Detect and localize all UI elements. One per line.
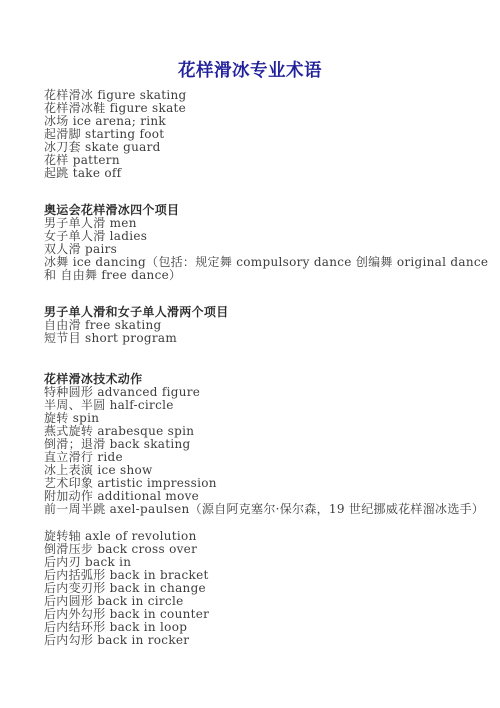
term-line: 后内勾形 back in rocker xyxy=(44,634,500,647)
term-line: 起跳 take off xyxy=(44,167,500,180)
page-title: 花样滑冰专业术语 xyxy=(0,57,500,82)
term-line: 前一周半跳 axel-paulsen（源自阿克塞尔·保尔森，19 世纪挪威花样溜… xyxy=(44,503,500,516)
terminology-section: 花样滑冰技术动作特种圆形 advanced figure半周、半圆 half-c… xyxy=(44,373,500,516)
term-line: 半周、半圆 half-circle xyxy=(44,399,500,412)
terminology-section: 旋转轴 axle of revolution倒滑压步 back cross ov… xyxy=(44,530,500,647)
terminology-section: 男子单人滑和女子单人滑两个项目自由滑 free skating短节目 short… xyxy=(44,306,500,345)
term-line: 短节目 short program xyxy=(44,332,500,345)
terminology-section: 花样滑冰 figure skating花样滑冰鞋 figure skate冰场 … xyxy=(44,89,500,180)
term-line: 和 自由舞 free dance） xyxy=(44,269,500,282)
document-content: 花样滑冰 figure skating花样滑冰鞋 figure skate冰场 … xyxy=(0,89,500,647)
terminology-section: 奥运会花样滑冰四个项目男子单人滑 men女子单人滑 ladies双人滑 pair… xyxy=(44,204,500,282)
document-page: 花样滑冰专业术语 花样滑冰 figure skating花样滑冰鞋 figure… xyxy=(0,0,500,708)
